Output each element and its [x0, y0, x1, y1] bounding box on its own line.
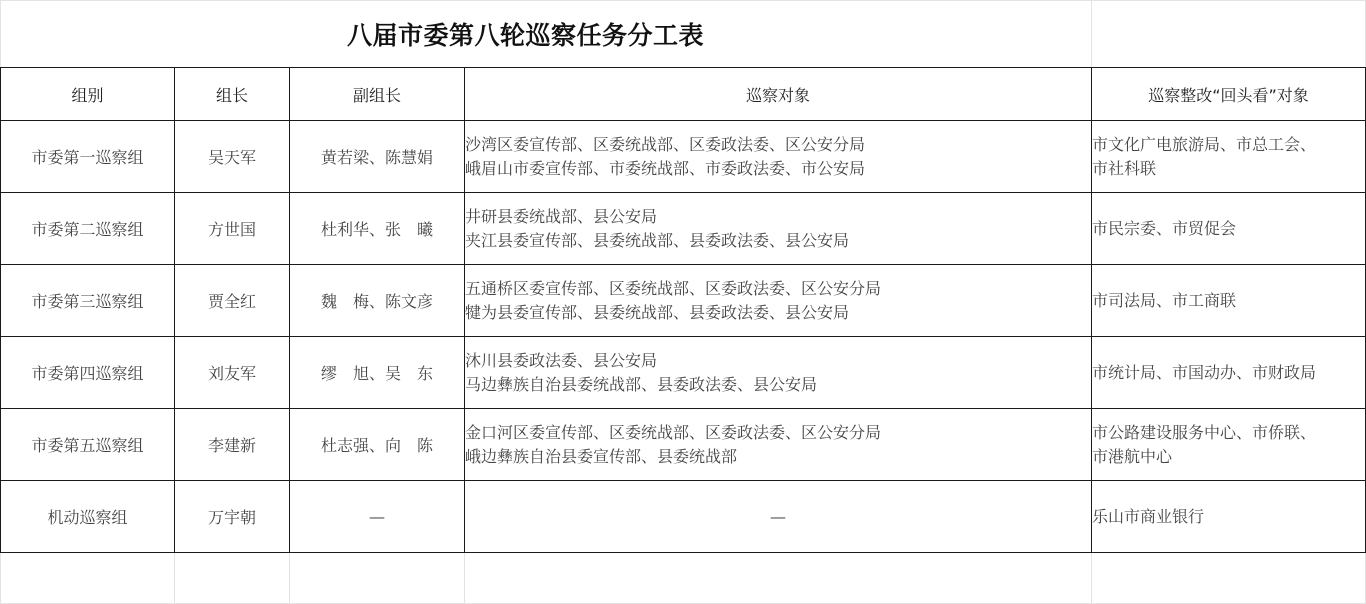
review-line: 市文化广电旅游局、市总工会、 [1092, 133, 1365, 157]
target-line: 马边彝族自治县委统战部、县委政法委、县公安局 [465, 373, 1091, 397]
cell-leader[interactable]: 刘友军 [175, 337, 290, 409]
cell-review[interactable]: 市民宗委、市贸促会 [1092, 193, 1366, 265]
cell-deputy[interactable]: 缪 旭、吴 东 [290, 337, 465, 409]
cell-deputy[interactable]: 魏 梅、陈文彦 [290, 265, 465, 337]
spreadsheet: 八届市委第八轮巡察任务分工表 组别 组长 副组长 巡察对象 巡察整改“回头看”对… [0, 0, 1366, 604]
target-line: 峨眉山市委宣传部、市委统战部、市委政法委、市公安局 [465, 157, 1091, 181]
gridline [1091, 0, 1092, 67]
title-cell[interactable]: 八届市委第八轮巡察任务分工表 [0, 0, 1091, 67]
cell-review[interactable]: 市司法局、市工商联 [1092, 265, 1366, 337]
cell-review[interactable]: 市公路建设服务中心、市侨联、 市港航中心 [1092, 409, 1366, 481]
cell-targets[interactable]: 金口河区委宣传部、区委统战部、区委政法委、区公安分局 峨边彝族自治县委宣传部、县… [465, 409, 1092, 481]
table-row: 市委第四巡察组 刘友军 缪 旭、吴 东 沐川县委政法委、县公安局 马边彝族自治县… [1, 337, 1366, 409]
page-title: 八届市委第八轮巡察任务分工表 [347, 16, 744, 52]
target-line: 金口河区委宣传部、区委统战部、区委政法委、区公安分局 [465, 421, 1091, 445]
table-row: 市委第一巡察组 吴天军 黄若梁、陈慧娟 沙湾区委宣传部、区委统战部、区委政法委、… [1, 121, 1366, 193]
cell-deputy[interactable]: 黄若梁、陈慧娟 [290, 121, 465, 193]
cell-leader[interactable]: 李建新 [175, 409, 290, 481]
assignment-table: 组别 组长 副组长 巡察对象 巡察整改“回头看”对象 市委第一巡察组 吴天军 黄… [0, 67, 1366, 553]
cell-deputy[interactable]: — [290, 481, 465, 553]
cell-leader[interactable]: 方世国 [175, 193, 290, 265]
target-line: 犍为县委宣传部、县委统战部、县委政法委、县公安局 [465, 301, 1091, 325]
cell-review[interactable]: 乐山市商业银行 [1092, 481, 1366, 553]
header-targets[interactable]: 巡察对象 [465, 68, 1092, 121]
table-row: 市委第五巡察组 李建新 杜志强、向 陈 金口河区委宣传部、区委统战部、区委政法委… [1, 409, 1366, 481]
cell-group[interactable]: 市委第五巡察组 [1, 409, 175, 481]
target-line: 沐川县委政法委、县公安局 [465, 349, 1091, 373]
cell-group[interactable]: 市委第一巡察组 [1, 121, 175, 193]
cell-deputy[interactable]: 杜志强、向 陈 [290, 409, 465, 481]
table-row: 市委第三巡察组 贾全红 魏 梅、陈文彦 五通桥区委宣传部、区委统战部、区委政法委… [1, 265, 1366, 337]
header-group[interactable]: 组别 [1, 68, 175, 121]
review-line: 市公路建设服务中心、市侨联、 [1092, 421, 1365, 445]
cell-group[interactable]: 机动巡察组 [1, 481, 175, 553]
empty-row[interactable] [0, 552, 1366, 604]
cell-review[interactable]: 市统计局、市国动办、市财政局 [1092, 337, 1366, 409]
target-line: 沙湾区委宣传部、区委统战部、区委政法委、区公安分局 [465, 133, 1091, 157]
cell-review[interactable]: 市文化广电旅游局、市总工会、 市社科联 [1092, 121, 1366, 193]
cell-targets[interactable]: — [465, 481, 1092, 553]
header-review[interactable]: 巡察整改“回头看”对象 [1092, 68, 1366, 121]
review-line: 市司法局、市工商联 [1092, 289, 1365, 313]
cell-leader[interactable]: 贾全红 [175, 265, 290, 337]
cell-group[interactable]: 市委第三巡察组 [1, 265, 175, 337]
header-row: 组别 组长 副组长 巡察对象 巡察整改“回头看”对象 [1, 68, 1366, 121]
cell-targets[interactable]: 井研县委统战部、县公安局 夹江县委宣传部、县委统战部、县委政法委、县公安局 [465, 193, 1092, 265]
review-line: 市民宗委、市贸促会 [1092, 217, 1365, 241]
cell-targets[interactable]: 沐川县委政法委、县公安局 马边彝族自治县委统战部、县委政法委、县公安局 [465, 337, 1092, 409]
cell-deputy[interactable]: 杜利华、张 曦 [290, 193, 465, 265]
target-line: 井研县委统战部、县公安局 [465, 205, 1091, 229]
header-leader[interactable]: 组长 [175, 68, 290, 121]
review-line: 市统计局、市国动办、市财政局 [1092, 361, 1365, 385]
cell-targets[interactable]: 五通桥区委宣传部、区委统战部、区委政法委、区公安分局 犍为县委宣传部、县委统战部… [465, 265, 1092, 337]
cell-leader[interactable]: 吴天军 [175, 121, 290, 193]
table-row: 市委第二巡察组 方世国 杜利华、张 曦 井研县委统战部、县公安局 夹江县委宣传部… [1, 193, 1366, 265]
table-row: 机动巡察组 万宇朝 — — 乐山市商业银行 [1, 481, 1366, 553]
cell-group[interactable]: 市委第四巡察组 [1, 337, 175, 409]
cell-leader[interactable]: 万宇朝 [175, 481, 290, 553]
review-line: 乐山市商业银行 [1092, 505, 1365, 529]
review-line: 市社科联 [1092, 157, 1365, 181]
header-deputy[interactable]: 副组长 [290, 68, 465, 121]
cell-targets[interactable]: 沙湾区委宣传部、区委统战部、区委政法委、区公安分局 峨眉山市委宣传部、市委统战部… [465, 121, 1092, 193]
target-line: 峨边彝族自治县委宣传部、县委统战部 [465, 445, 1091, 469]
review-line: 市港航中心 [1092, 445, 1365, 469]
cell-group[interactable]: 市委第二巡察组 [1, 193, 175, 265]
target-line: 夹江县委宣传部、县委统战部、县委政法委、县公安局 [465, 229, 1091, 253]
target-line: 五通桥区委宣传部、区委统战部、区委政法委、区公安分局 [465, 277, 1091, 301]
